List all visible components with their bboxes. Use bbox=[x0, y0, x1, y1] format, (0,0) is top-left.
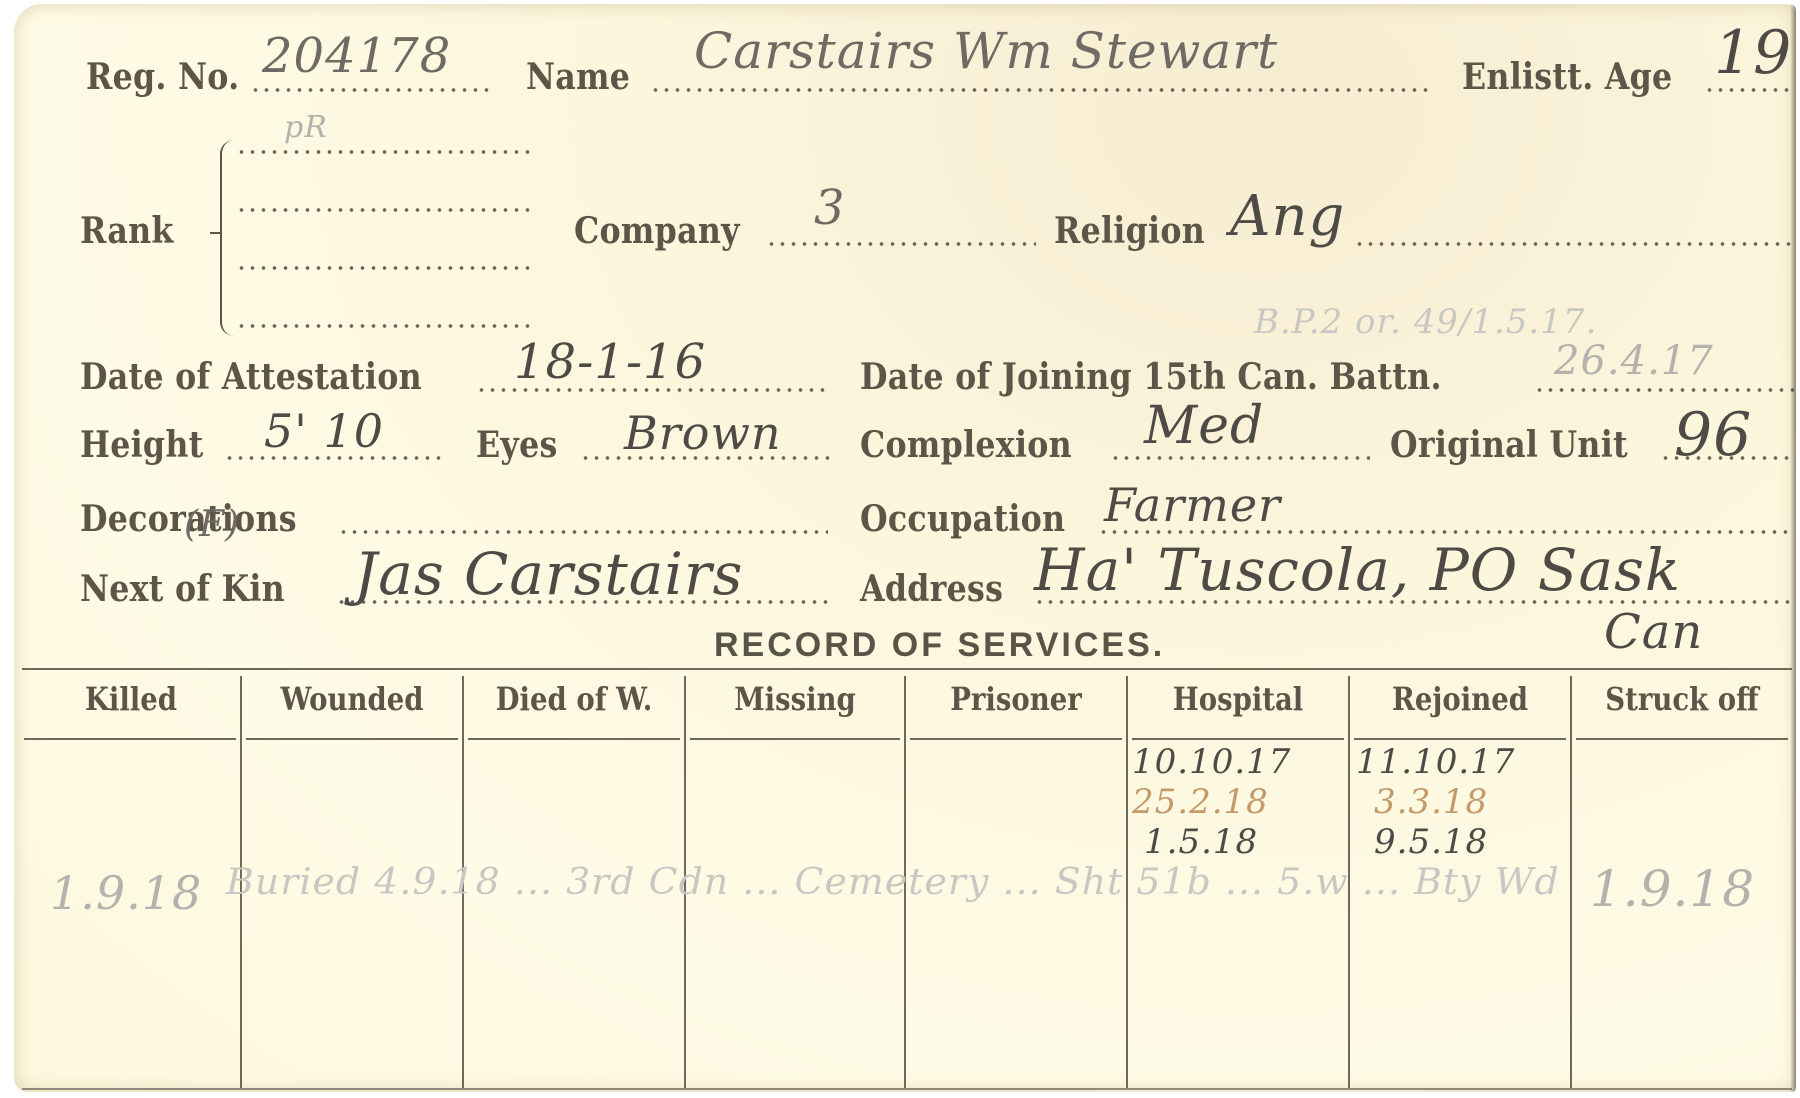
eyes-label: Eyes bbox=[476, 424, 558, 466]
rank-dotline-1 bbox=[236, 150, 536, 154]
height-value: 5' 10 bbox=[264, 404, 384, 458]
attestation-value: 18-1-16 bbox=[514, 334, 706, 390]
hospital-entry: 1.5.18 bbox=[1144, 822, 1258, 862]
enlist-age-value: 19 bbox=[1714, 18, 1792, 88]
table-top-rule bbox=[22, 668, 1792, 670]
height-label: Height bbox=[80, 424, 204, 466]
reg-no-value: 204178 bbox=[262, 28, 451, 84]
rejoined-entry: 3.3.18 bbox=[1374, 782, 1488, 822]
rank-dotline-3 bbox=[236, 266, 536, 270]
address-line2: Can bbox=[1604, 604, 1703, 660]
rank-label: Rank bbox=[80, 210, 174, 252]
religion-label: Religion bbox=[1054, 210, 1205, 252]
enlist-age-dotline bbox=[1704, 88, 1794, 92]
hospital-entry: 10.10.17 bbox=[1132, 742, 1291, 782]
address-value: Ha' Tuscola, PO Sask bbox=[1034, 536, 1681, 604]
next-of-kin-value: Jas Carstairs bbox=[354, 540, 743, 608]
rank-value-1: pR bbox=[284, 110, 328, 145]
company-dotline bbox=[766, 242, 1036, 246]
religion-dotline bbox=[1354, 242, 1794, 246]
company-value: 3 bbox=[814, 180, 846, 236]
company-label: Company bbox=[574, 210, 740, 252]
col-missing: Missing bbox=[701, 680, 888, 718]
complexion-label: Complexion bbox=[860, 424, 1072, 466]
name-value: Carstairs Wm Stewart bbox=[694, 22, 1278, 80]
rank-dotline-4 bbox=[236, 324, 536, 328]
col-hospital: Hospital bbox=[1143, 680, 1332, 718]
original-unit-value: 96 bbox=[1674, 400, 1752, 470]
complexion-value: Med bbox=[1144, 396, 1264, 456]
original-unit-label: Original Unit bbox=[1390, 424, 1628, 466]
struck-off-date: 1.9.18 bbox=[1590, 860, 1755, 918]
table-bottom-rule bbox=[22, 1088, 1792, 1090]
reg-no-dotline bbox=[250, 88, 490, 92]
col-struck-off: Struck off bbox=[1587, 680, 1776, 718]
rejoined-entry: 9.5.18 bbox=[1374, 822, 1488, 862]
rank-brace bbox=[220, 140, 236, 336]
religion-value: Ang bbox=[1230, 184, 1345, 249]
attestation-label: Date of Attestation bbox=[80, 356, 422, 398]
joining-label: Date of Joining 15th Can. Battn. bbox=[860, 356, 1442, 398]
name-dotline bbox=[650, 88, 1430, 92]
next-of-kin-relation: (F) bbox=[184, 504, 240, 545]
rank-dotline-2 bbox=[236, 208, 536, 212]
record-of-services-title: RECORD OF SERVICES. bbox=[714, 626, 1165, 665]
next-of-kin-label: Next of Kin bbox=[80, 568, 285, 610]
burial-note: Buried 4.9.18 ... 3rd Cdn ... Cemetery .… bbox=[226, 862, 1560, 903]
killed-date: 1.9.18 bbox=[50, 866, 202, 920]
occupation-label: Occupation bbox=[860, 498, 1065, 540]
col-wounded: Wounded bbox=[257, 680, 446, 718]
eyes-value: Brown bbox=[624, 406, 782, 460]
joining-dotline bbox=[1534, 388, 1794, 392]
service-record-card: Reg. No. 204178 Name Carstairs Wm Stewar… bbox=[14, 4, 1796, 1092]
joining-value: 26.4.17 bbox=[1554, 338, 1714, 384]
occupation-value: Farmer bbox=[1104, 478, 1281, 532]
decorations-dotline bbox=[338, 530, 828, 534]
reg-no-label: Reg. No. bbox=[86, 56, 239, 98]
col-died-of-wounds: Died of W. bbox=[479, 680, 668, 718]
col-prisoner: Prisoner bbox=[921, 680, 1110, 718]
address-label: Address bbox=[860, 568, 1003, 610]
joining-annotation: B.P.2 or. 49/1.5.17. bbox=[1254, 302, 1597, 342]
complexion-dotline bbox=[1110, 456, 1370, 460]
col-killed: Killed bbox=[37, 680, 224, 718]
hospital-entry: 25.2.18 bbox=[1132, 782, 1269, 822]
rejoined-entry: 11.10.17 bbox=[1356, 742, 1515, 782]
enlist-age-label: Enlistt. Age bbox=[1462, 56, 1672, 98]
col-rejoined: Rejoined bbox=[1365, 680, 1554, 718]
name-label: Name bbox=[526, 56, 630, 98]
